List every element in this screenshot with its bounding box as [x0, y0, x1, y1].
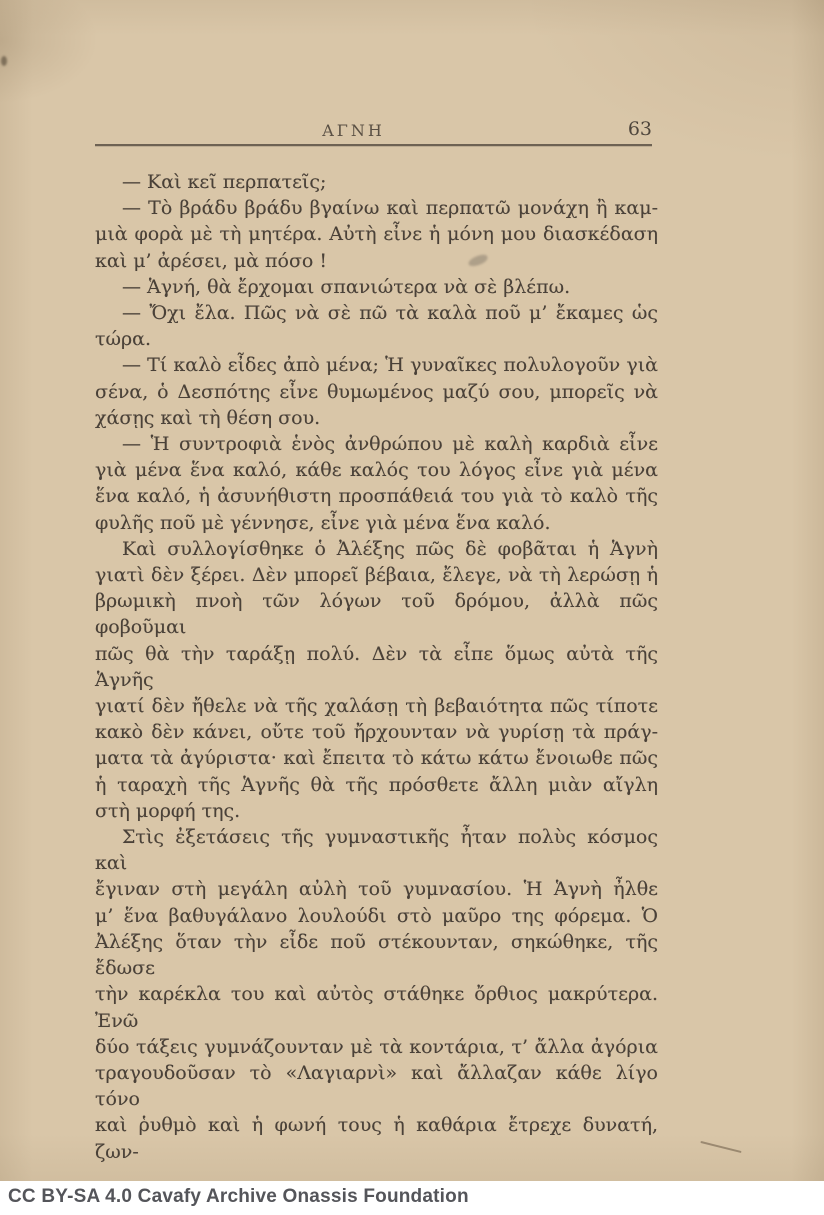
text-line: — Ὄχι ἔλα. Πῶς νὰ σὲ πῶ τὰ καλὰ ποῦ μ’ ἔ… — [95, 300, 658, 326]
text-line: Στὶς ἐξετάσεις τῆς γυμναστικῆς ἦταν πολὺ… — [95, 824, 658, 876]
text-line: φυλῆς ποῦ μὲ γέννησε, εἶνε γιὰ μένα ἕνα … — [95, 510, 658, 536]
text-line: καὶ μ’ ἀρέσει, μὰ πόσο ! — [95, 248, 658, 274]
scan-artifact-speck — [1, 56, 7, 66]
book-page-scan: ΑΓΝΗ 63 — Καὶ κεῖ περπατεῖς;— Τὸ βράδυ β… — [0, 0, 824, 1181]
text-line: ἕνα καλό, ἡ ἀσυνήθιστη προσπάθειά του γι… — [95, 483, 658, 509]
header-rule — [95, 144, 652, 146]
text-line: βρωμικὴ πνοὴ τῶν λόγων τοῦ δρόμου, ἀλλὰ … — [95, 588, 658, 640]
text-line: μιὰ φορὰ μὲ τὴ μητέρα. Αὐτὴ εἶνε ἡ μόνη … — [95, 221, 658, 247]
text-line: ἔγιναν στὴ μεγάλη αὐλὴ τοῦ γυμνασίου. Ἡ … — [95, 876, 658, 902]
text-line: Καὶ συλλογίσθηκε ὁ Ἀλέξης πῶς δὲ φοβᾶται… — [95, 536, 658, 562]
text-line: στὴ μορφή της. — [95, 798, 658, 824]
text-line: πῶς θὰ τὴν ταράξῃ πολύ. Δὲν τὰ εἶπε ὅμως… — [95, 641, 658, 693]
page-title: ΑΓΝΗ — [95, 121, 612, 140]
license-text: CC BY-SA 4.0 Cavafy Archive Onassis Foun… — [8, 1186, 469, 1208]
running-head: ΑΓΝΗ 63 — [95, 118, 658, 140]
text-line: — Ἡ συντροφιὰ ἑνὸς ἀνθρώπου μὲ καλὴ καρδ… — [95, 431, 658, 457]
license-bar: CC BY-SA 4.0 Cavafy Archive Onassis Foun… — [0, 1181, 824, 1215]
text-line: τραγουδοῦσαν τὸ «Λαγιαρνὶ» καὶ ἄλλαζαν κ… — [95, 1060, 658, 1112]
text-line: γιατὶ δὲν ξέρει. Δὲν μπορεῖ βέβαια, ἔλεγ… — [95, 562, 658, 588]
text-line: σένα, ὁ Δεσπότης εἶνε θυμωμένος μαζύ σου… — [95, 379, 658, 405]
text-line: — Ἁγνή, θὰ ἔρχομαι σπανιώτερα νὰ σὲ βλέπ… — [95, 274, 658, 300]
text-line: κακὸ δὲν κάνει, οὔτε τοῦ ἤρχουνταν νὰ γυ… — [95, 719, 658, 745]
text-line: — Τί καλὸ εἶδες ἀπὸ μένα; Ἡ γυναῖκες πολ… — [95, 352, 658, 378]
text-line: Ἀλέξης ὅταν τὴν εἶδε ποῦ στέκουνταν, σηκ… — [95, 929, 658, 981]
scan-artifact-hairline — [700, 1141, 741, 1153]
text-line: γιατί δὲν ἤθελε νὰ τῆς χαλάσῃ τὴ βεβαιότ… — [95, 693, 658, 719]
text-line: — Τὸ βράδυ βράδυ βγαίνω καὶ περπατῶ μονά… — [95, 195, 658, 221]
text-line: χάσῃς καὶ τὴ θέση σου. — [95, 405, 658, 431]
text-line: δύο τάξεις γυμνάζουνταν μὲ τὰ κοντάρια, … — [95, 1034, 658, 1060]
body-text: — Καὶ κεῖ περπατεῖς;— Τὸ βράδυ βράδυ βγα… — [95, 169, 658, 1165]
text-line: τὴν καρέκλα του καὶ αὐτὸς στάθηκε ὄρθιος… — [95, 981, 658, 1033]
text-line: ἡ ταραχὴ τῆς Ἁγνῆς θὰ τῆς πρόσθετε ἄλλη … — [95, 772, 658, 798]
text-line: μ’ ἕνα βαθυγάλανο λουλούδι στὸ μαῦρο της… — [95, 903, 658, 929]
text-line: τώρα. — [95, 326, 658, 352]
text-line: γιὰ μένα ἕνα καλό, κάθε καλός του λόγος … — [95, 457, 658, 483]
text-line: καὶ ῥυθμὸ καὶ ἡ φωνή τους ἡ καθάρια ἔτρε… — [95, 1112, 658, 1164]
text-line: ματα τὰ ἀγύριστα· καὶ ἔπειτα τὸ κάτω κάτ… — [95, 745, 658, 771]
page-number: 63 — [628, 118, 652, 140]
text-line: — Καὶ κεῖ περπατεῖς; — [95, 169, 658, 195]
scanned-book-page: ΑΓΝΗ 63 — Καὶ κεῖ περπατεῖς;— Τὸ βράδυ β… — [0, 0, 824, 1215]
